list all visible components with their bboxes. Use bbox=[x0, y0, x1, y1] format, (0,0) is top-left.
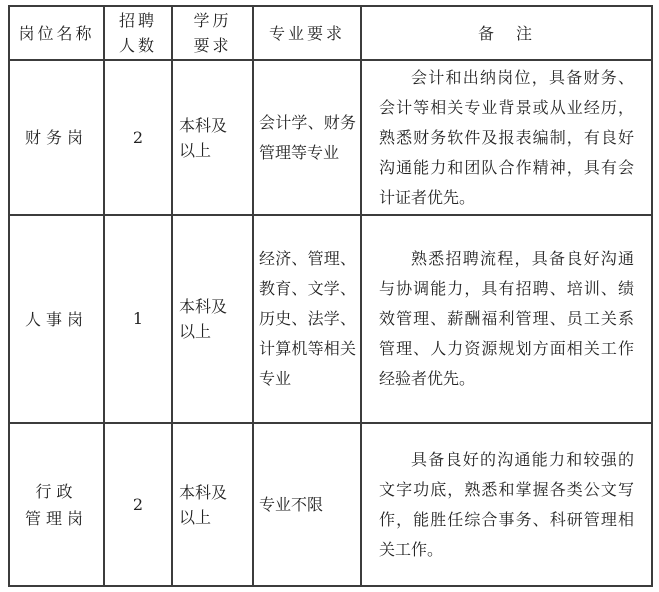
cell-education: 本科及以上 bbox=[172, 423, 253, 586]
cell-remark: 熟悉招聘流程，具备良好沟通与协调能力，具有招聘、培训、绩效管理、薪酬福利管理、员… bbox=[361, 215, 652, 423]
recruitment-table: 岗位名称 招聘 人数 学历 要求 专业要求 备 注 财务岗 2 本科及以上 会计… bbox=[8, 5, 653, 587]
cell-count: 1 bbox=[104, 215, 172, 423]
cell-position: 财务岗 bbox=[9, 60, 104, 215]
header-position: 岗位名称 bbox=[9, 6, 104, 60]
header-count: 招聘 人数 bbox=[104, 6, 172, 60]
table-row: 财务岗 2 本科及以上 会计学、财务管理等专业 会计和出纳岗位，具备财务、会计等… bbox=[9, 60, 652, 215]
table-header-row: 岗位名称 招聘 人数 学历 要求 专业要求 备 注 bbox=[9, 6, 652, 60]
cell-major: 会计学、财务管理等专业 bbox=[253, 60, 361, 215]
cell-major: 经济、管理、教育、文学、历史、法学、计算机等相关专业 bbox=[253, 215, 361, 423]
header-major: 专业要求 bbox=[253, 6, 361, 60]
header-education: 学历 要求 bbox=[172, 6, 253, 60]
cell-position: 人事岗 bbox=[9, 215, 104, 423]
header-remark: 备 注 bbox=[361, 6, 652, 60]
cell-education: 本科及以上 bbox=[172, 215, 253, 423]
cell-count: 2 bbox=[104, 423, 172, 586]
cell-education: 本科及以上 bbox=[172, 60, 253, 215]
cell-major: 专业不限 bbox=[253, 423, 361, 586]
cell-count: 2 bbox=[104, 60, 172, 215]
cell-position: 行政 管理岗 bbox=[9, 423, 104, 586]
table-row: 行政 管理岗 2 本科及以上 专业不限 具备良好的沟通能力和较强的文字功底，熟悉… bbox=[9, 423, 652, 586]
table-row: 人事岗 1 本科及以上 经济、管理、教育、文学、历史、法学、计算机等相关专业 熟… bbox=[9, 215, 652, 423]
cell-remark: 会计和出纳岗位，具备财务、会计等相关专业背景或从业经历，熟悉财务软件及报表编制，… bbox=[361, 60, 652, 215]
cell-remark: 具备良好的沟通能力和较强的文字功底，熟悉和掌握各类公文写作，能胜任综合事务、科研… bbox=[361, 423, 652, 586]
